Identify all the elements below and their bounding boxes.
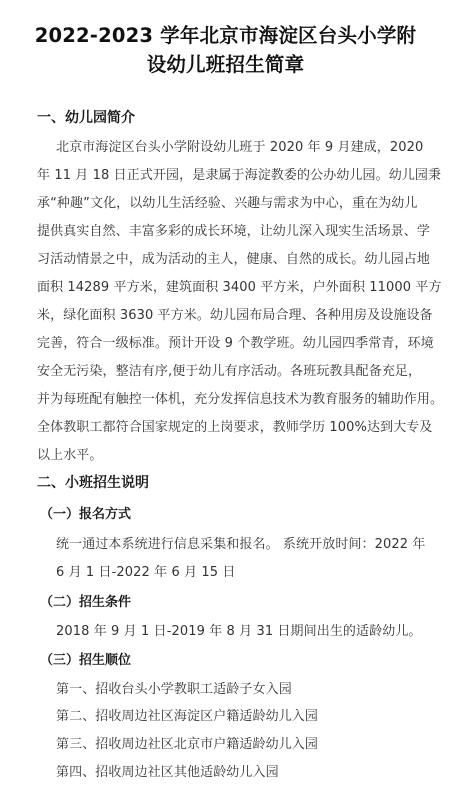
paragraph-line: 承“种趣”文化，以幼儿生活经验、兴趣与需求为中心，重在为幼儿	[37, 192, 417, 211]
paragraph-line: 北京市海淀区台头小学附设幼儿班于 2020 年 9 月建成，2020	[56, 136, 423, 155]
title-line-1: 2022-2023 学年北京市海淀区台头小学附	[0, 20, 451, 48]
paragraph-line: 提供真实自然、丰富多彩的成长环境，让幼儿深入现实生活场景、学	[37, 220, 430, 239]
paragraph-line: 面积 14289 平方米，建筑面积 3400 平方米，户外面积 11000 平方	[37, 276, 442, 295]
paragraph-line: 并为每班配有触控一体机，充分发挥信息技术为教育服务的辅助作用。	[37, 388, 443, 407]
section-heading: 二、小班招生说明	[37, 472, 149, 492]
paragraph-line: 米，绿化面积 3630 平方米。幼儿园布局合理、各种用房及设施设备	[37, 304, 433, 323]
paragraph-line: 全体教职工都符合国家规定的上岗要求，教师学历 100%达到大专及	[37, 416, 433, 435]
paragraph-line: 习活动情景之中，成为活动的主人，健康、自然的成长。幼儿园占地	[37, 248, 430, 267]
subsection-heading-conditions: （二）招生条件	[40, 591, 131, 610]
paragraph-line: 统一通过本系统进行信息采集和报名。 系统开放时间：2022 年	[56, 533, 425, 552]
paragraph-line: 完善，符合一级标准。预计开设 9 个教学班。幼儿园四季常青，环境	[37, 332, 434, 351]
paragraph-line: 6 月 1 日-2022 年 6 月 15 日	[56, 561, 236, 580]
priority-item: 第一、招收台头小学教职工适龄子女入园	[56, 678, 292, 697]
priority-item: 第三、招收周边社区北京市户籍适龄幼儿入园	[56, 733, 318, 752]
subsection-heading-registration: （一）报名方式	[40, 503, 131, 522]
section-heading: 一、幼儿园简介	[37, 107, 135, 127]
priority-item: 第二、招收周边社区海淀区户籍适龄幼儿入园	[56, 705, 318, 724]
subsection-heading-priority: （三）招生顺位	[40, 649, 131, 668]
paragraph-line: 安全无污染，整洁有序,便于幼儿有序活动。各班玩教具配备充足，	[37, 360, 421, 379]
paragraph-line: 2018 年 9 月 1 日-2019 年 8 月 31 日期间出生的适龄幼儿。	[56, 620, 422, 639]
paragraph-line: 以上水平。	[37, 444, 103, 463]
priority-item: 第四、招收周边社区其他适龄幼儿入园	[56, 761, 279, 780]
paragraph-line: 年 11 月 18 日正式开园，是隶属于海淀教委的公办幼儿园。幼儿园秉	[37, 164, 441, 183]
title-line-2: 设幼儿班招生简章	[0, 49, 451, 77]
